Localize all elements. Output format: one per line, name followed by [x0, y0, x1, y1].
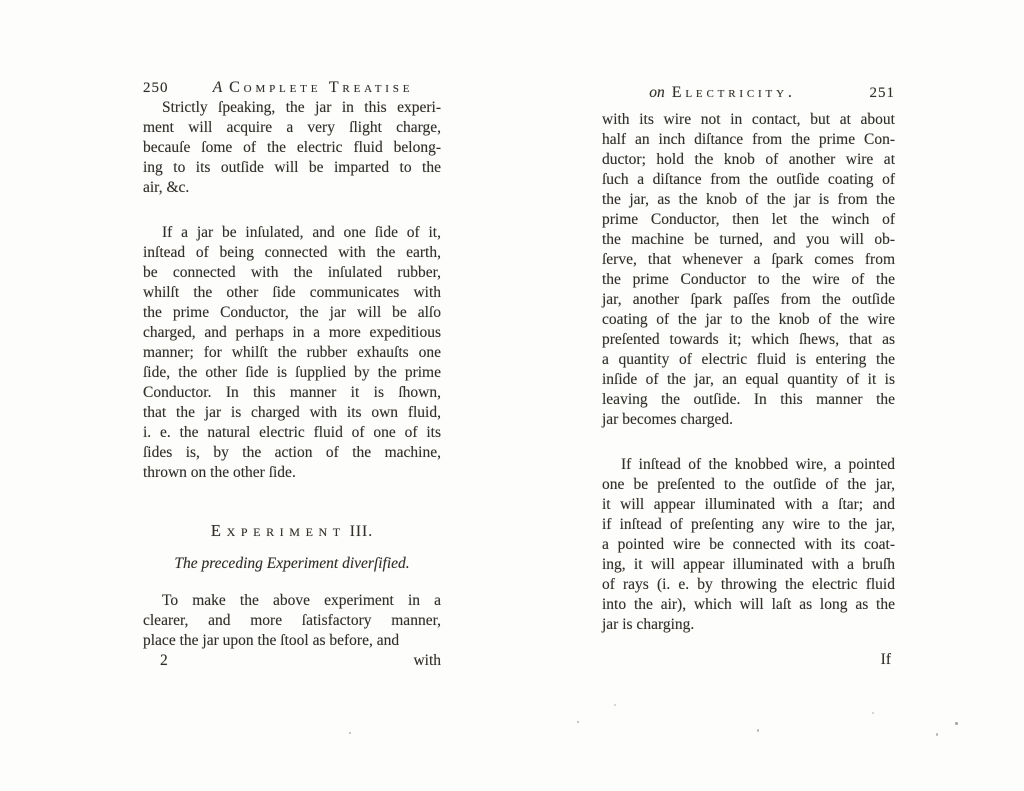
- catchword: with: [413, 651, 441, 671]
- text-line: clearer, and more ſatisfactory manner,: [143, 611, 441, 631]
- left-page-number: 250: [143, 78, 185, 98]
- text-line: if inſtead of preſenting any wire to the…: [602, 515, 895, 535]
- text-line: ſide, the other ſide is ſupplied by the …: [143, 363, 441, 383]
- signature-mark: 2: [160, 651, 168, 671]
- left-page: 250 AComplete Treatise Strictly ſpeaking…: [143, 78, 441, 671]
- text-line: be connected with the inſulated rubber,: [143, 263, 441, 283]
- text-line: ing, it will appear illuminated with a b…: [602, 555, 895, 575]
- text-line: inſtead of being connected with the eart…: [143, 243, 441, 263]
- text-line: thrown on the other ſide.: [143, 463, 441, 483]
- text-line: place the jar upon the ſtool as before, …: [143, 631, 441, 651]
- text-line: coating of the jar to the knob of the wi…: [602, 310, 895, 330]
- text-line: whilſt the other ſide communicates with: [143, 283, 441, 303]
- text-line: a pointed wire be connected with its coa…: [602, 535, 895, 555]
- experiment-heading-word: Experiment: [211, 521, 346, 540]
- text-line: If inſtead of the knobbed wire, a pointe…: [602, 455, 895, 475]
- left-running-head: 250 AComplete Treatise: [143, 78, 441, 98]
- scan-speckle: [872, 712, 874, 714]
- text-line: If a jar be inſulated, and one ſide of i…: [143, 223, 441, 243]
- text-line: manner; for whilſt the rubber exhauſts o…: [143, 343, 441, 363]
- text-line: i. e. the natural electric fluid of one …: [143, 423, 441, 443]
- scan-speckle: [577, 721, 579, 723]
- running-title-lead: on: [649, 84, 665, 101]
- running-title-caps: Electricity.: [672, 84, 796, 101]
- text-line: half an inch diſtance from the prime Con…: [602, 130, 895, 150]
- running-title-lead: A: [213, 79, 222, 96]
- text-line: ductor; hold the knob of another wire at: [602, 150, 895, 170]
- paragraph: with its wire not in contact, but at abo…: [602, 110, 895, 430]
- page-footer-row: If: [602, 650, 895, 670]
- paragraph: If a jar be inſulated, and one ſide of i…: [143, 223, 441, 483]
- experiment-heading-numeral: III.: [350, 523, 373, 540]
- text-line: To make the above experiment in a: [143, 591, 441, 611]
- text-line: ſerve, that whenever a ſpark comes from: [602, 250, 895, 270]
- scan-speckle: [349, 732, 351, 734]
- text-line: the jar, as the knob of the jar is from …: [602, 190, 895, 210]
- scan-speckle: [614, 704, 616, 706]
- text-line: becauſe ſome of the electric fluid belon…: [143, 138, 441, 158]
- text-line: air, &c.: [143, 178, 441, 198]
- text-line: into the air), which will laſt as long a…: [602, 595, 895, 615]
- text-line: ſides is, by the action of the machine,: [143, 443, 441, 463]
- text-line: ſuch a diſtance from the outſide coating…: [602, 170, 895, 190]
- text-line: jar, another ſpark paſſes from the outſi…: [602, 290, 895, 310]
- paragraph: Strictly ſpeaking, the jar in this exper…: [143, 98, 441, 198]
- text-line: the prime Conductor, the jar will be alſ…: [143, 303, 441, 323]
- text-line: it will appear illuminated with a ſtar; …: [602, 495, 895, 515]
- left-running-title: AComplete Treatise: [185, 78, 441, 98]
- text-line: inſide of the jar, an equal quantity of …: [602, 370, 895, 390]
- scan-speckle: [757, 729, 759, 732]
- experiment-subtitle: The preceding Experiment diverſified.: [143, 554, 441, 574]
- page-footer-row: 2 with: [143, 651, 441, 671]
- text-line: ment will acquire a very ſlight charge,: [143, 118, 441, 138]
- text-line: preſented towards it; which ſhews, that …: [602, 330, 895, 350]
- text-line: with its wire not in contact, but at abo…: [602, 110, 895, 130]
- text-line: leaving the outſide. In this manner the: [602, 390, 895, 410]
- experiment-heading: ExperimentIII.: [143, 521, 441, 541]
- right-page: onElectricity. 251 with its wire not in …: [602, 83, 895, 670]
- text-line: Conductor. In this manner it is ſhown,: [143, 383, 441, 403]
- text-line: Strictly ſpeaking, the jar in this exper…: [143, 98, 441, 118]
- text-line: a quantity of electric fluid is entering…: [602, 350, 895, 370]
- right-running-title: onElectricity.: [602, 83, 843, 103]
- scan-speckle: [955, 722, 958, 725]
- text-line: of rays (i. e. by throwing the electric …: [602, 575, 895, 595]
- right-page-number: 251: [843, 83, 895, 103]
- text-line: the machine be turned, and you will ob-: [602, 230, 895, 250]
- text-line: jar is charging.: [602, 615, 895, 635]
- right-running-head: onElectricity. 251: [602, 83, 895, 103]
- text-line: charged, and perhaps in a more expeditio…: [143, 323, 441, 343]
- paragraph: If inſtead of the knobbed wire, a pointe…: [602, 455, 895, 635]
- scan-speckle: [936, 733, 938, 736]
- text-line: ing to its outſide will be imparted to t…: [143, 158, 441, 178]
- catchword: If: [881, 651, 891, 668]
- text-line: that the jar is charged with its own flu…: [143, 403, 441, 423]
- text-line: one be preſented to the outſide of the j…: [602, 475, 895, 495]
- text-line: the prime Conductor to the wire of the: [602, 270, 895, 290]
- text-line: prime Conductor, then let the winch of: [602, 210, 895, 230]
- running-title-caps: Complete Treatise: [229, 79, 413, 96]
- text-line: jar becomes charged.: [602, 410, 895, 430]
- paragraph: To make the above experiment in aclearer…: [143, 591, 441, 651]
- book-scan: 250 AComplete Treatise Strictly ſpeaking…: [0, 0, 1024, 791]
